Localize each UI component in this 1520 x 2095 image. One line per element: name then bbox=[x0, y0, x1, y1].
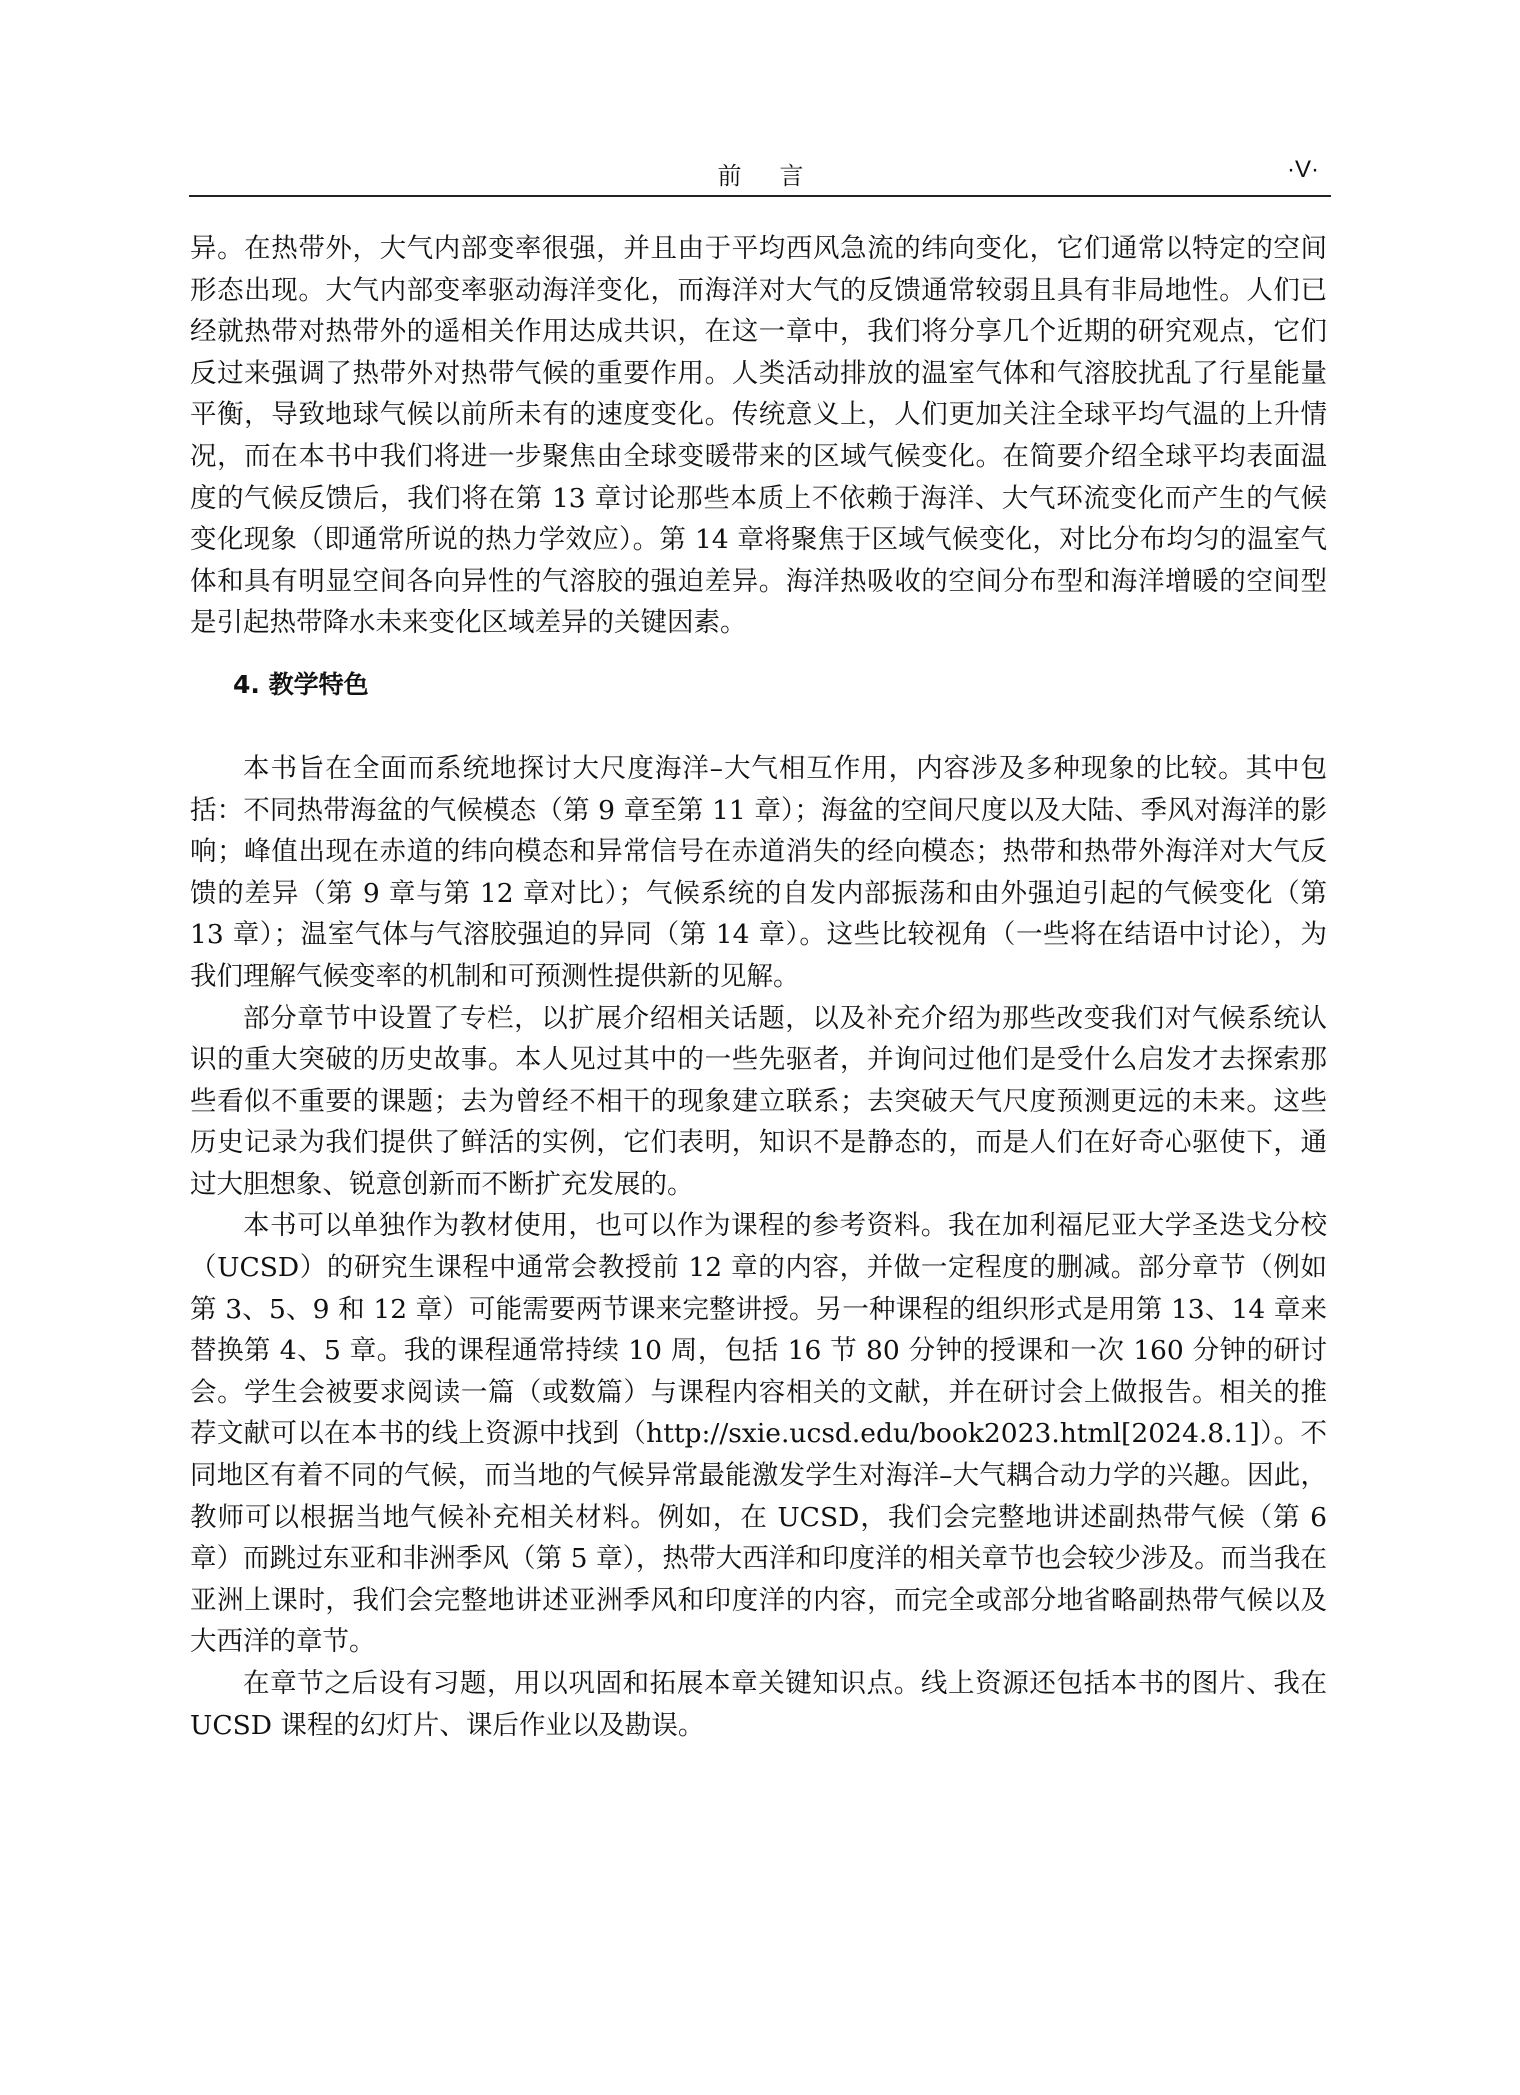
continued-paragraph: 异。在热带外，大气内部变率很强，并且由于平均西风急流的纬向变化，它们通常以特定的… bbox=[190, 228, 1327, 644]
paragraph-exercises: 在章节之后设有习题，用以巩固和拓展本章关键知识点。线上资源还包括本书的图片、我在… bbox=[190, 1663, 1327, 1746]
section-heading: 4. 教学特色 bbox=[190, 664, 1327, 748]
paragraph-comparisons: 本书旨在全面而系统地探讨大尺度海洋–大气相互作用，内容涉及多种现象的比较。其中包… bbox=[190, 748, 1327, 998]
running-title: 前言 bbox=[190, 156, 1331, 191]
page-header: 前言 ·V· bbox=[190, 150, 1331, 196]
paragraph-boxes-history: 部分章节中设置了专栏，以扩展介绍相关话题，以及补充介绍为那些改变我们对气候系统认… bbox=[190, 998, 1327, 1206]
page-body: 异。在热带外，大气内部变率很强，并且由于平均西风急流的纬向变化，它们通常以特定的… bbox=[190, 228, 1327, 1746]
header-rule bbox=[189, 195, 1331, 197]
paragraph-course-usage: 本书可以单独作为教材使用，也可以作为课程的参考资料。我在加利福尼亚大学圣迭戈分校… bbox=[190, 1205, 1327, 1663]
page-number: ·V· bbox=[1287, 156, 1319, 184]
